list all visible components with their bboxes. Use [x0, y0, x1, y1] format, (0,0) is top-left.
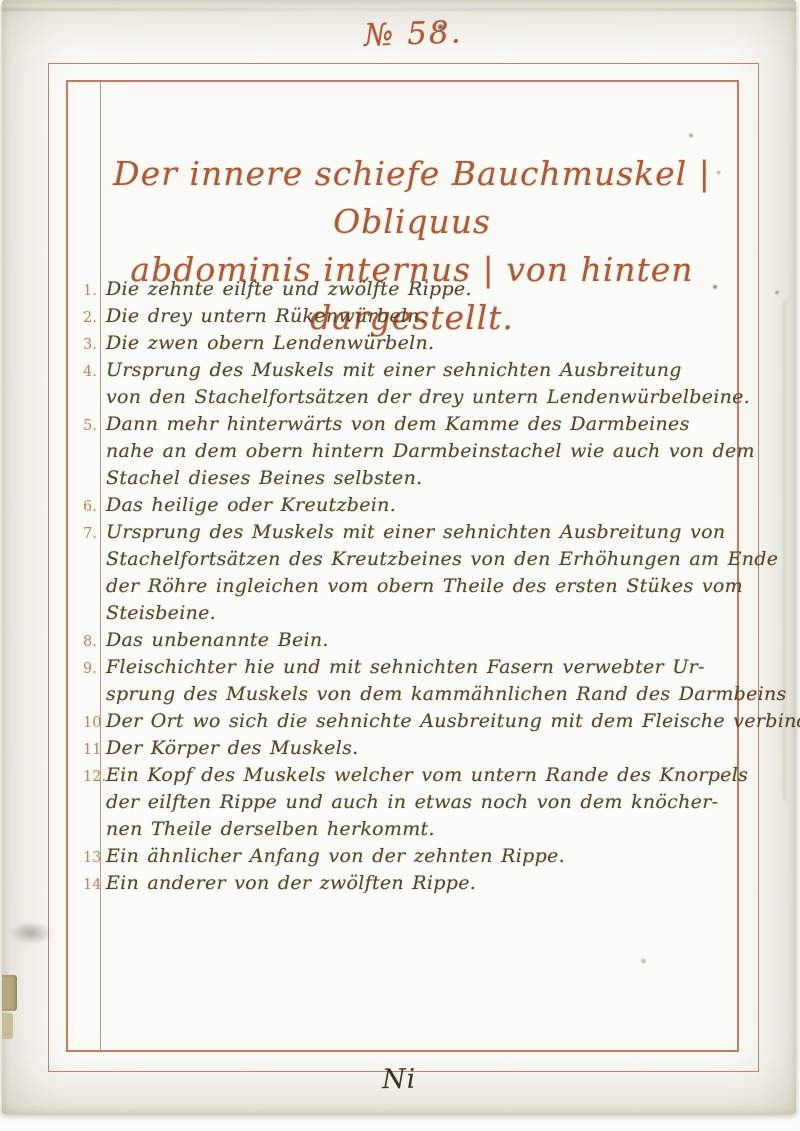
- item-text: Der Körper des Muskels.: [106, 735, 748, 762]
- bottom-ink-mark: Ni: [382, 1064, 417, 1096]
- item-text-line: Fleischichter hie und mit sehnichten Fas…: [106, 654, 748, 681]
- item-text: Die zwen obern Lendenwürbeln.: [106, 330, 748, 357]
- item-number: 3.: [83, 332, 97, 359]
- list-item: 2.Die drey untern Rükenwürbeln.: [106, 303, 748, 330]
- item-text: Ein anderer von der zwölften Rippe.: [106, 870, 748, 897]
- item-text-line: Ursprung des Muskels mit einer sehnichte…: [106, 357, 748, 384]
- item-text-line: Stachelfortsätzen des Kreutzbeines von d…: [106, 546, 748, 573]
- item-text-line: Ein ähnlicher Anfang von der zehnten Rip…: [106, 843, 748, 870]
- list-item: 9.Fleischichter hie und mit sehnichten F…: [106, 654, 748, 708]
- item-text-line: Der Körper des Muskels.: [106, 735, 748, 762]
- item-number: 8.: [83, 629, 97, 656]
- edge-smudge: [10, 922, 52, 944]
- item-text: Ein ähnlicher Anfang von der zehnten Rip…: [106, 843, 748, 870]
- list-item: 11Der Körper des Muskels.: [106, 735, 748, 762]
- item-text-line: Ursprung des Muskels mit einer sehnichte…: [106, 519, 748, 546]
- edge-repair-tab: [2, 1013, 13, 1039]
- item-number: 1.: [83, 278, 97, 305]
- item-number: 7.: [83, 521, 97, 548]
- item-text-line: Steisbeine.: [106, 600, 748, 627]
- item-number: 12.: [83, 764, 106, 791]
- item-text-line: Ein Kopf des Muskels welcher vom untern …: [106, 762, 748, 789]
- item-text-line: der eilften Rippe und auch in etwas noch…: [106, 789, 748, 816]
- item-text-line: Das unbenannte Bein.: [106, 627, 748, 654]
- item-text-line: Die zwen obern Lendenwürbeln.: [106, 330, 748, 357]
- list-item: 4.Ursprung des Muskels mit einer sehnich…: [106, 357, 748, 411]
- list-item: 14Ein anderer von der zwölften Rippe.: [106, 870, 748, 897]
- foxing-spot: [774, 290, 780, 295]
- item-text-line: der Röhre ingleichen vom obern Theile de…: [106, 573, 748, 600]
- item-text: Ursprung des Muskels mit einer sehnichte…: [106, 519, 748, 627]
- item-text: Der Ort wo sich die sehnichte Ausbreitun…: [106, 708, 748, 735]
- item-text-line: Dann mehr hinterwärts von dem Kamme des …: [106, 411, 748, 438]
- item-number: 10: [83, 710, 101, 737]
- item-text-line: Die zehnte eilfte und zwölfte Rippe.: [106, 276, 748, 303]
- item-text: Die zehnte eilfte und zwölfte Rippe.: [106, 276, 748, 303]
- paper-fold-crease: [2, 8, 796, 11]
- item-text: Fleischichter hie und mit sehnichten Fas…: [106, 654, 748, 708]
- item-text: Dann mehr hinterwärts von dem Kamme des …: [106, 411, 748, 492]
- item-number: 4.: [83, 359, 97, 386]
- list-item: 8.Das unbenannte Bein.: [106, 627, 748, 654]
- item-number: 14: [83, 872, 101, 899]
- item-text-line: sprung des Muskels von dem kammähnlichen…: [106, 681, 748, 708]
- item-text: Die drey untern Rükenwürbeln.: [106, 303, 748, 330]
- item-number: 9.: [83, 656, 97, 683]
- item-number: 5.: [83, 413, 97, 440]
- item-text-line: Das heilige oder Kreutzbein.: [106, 492, 748, 519]
- item-number: 6.: [83, 494, 97, 521]
- list-item: 10Der Ort wo sich die sehnichte Ausbreit…: [106, 708, 748, 735]
- item-number: 2.: [83, 305, 97, 332]
- item-text-line: von den Stachelfortsätzen der drey unter…: [106, 384, 748, 411]
- item-text: Das heilige oder Kreutzbein.: [106, 492, 748, 519]
- item-text: Ursprung des Muskels mit einer sehnichte…: [106, 357, 748, 411]
- item-text-line: Der Ort wo sich die sehnichte Ausbreitun…: [106, 708, 748, 735]
- item-number: 11: [83, 737, 101, 764]
- item-number: 13: [83, 845, 101, 872]
- edge-repair-tab: [2, 975, 17, 1011]
- list-item: 5.Dann mehr hinterwärts von dem Kamme de…: [106, 411, 748, 492]
- item-text-line: nahe an dem obern hintern Darmbeinstache…: [106, 438, 748, 465]
- item-text-line: nen Theile derselben herkommt.: [106, 816, 748, 843]
- item-text-line: Die drey untern Rükenwürbeln.: [106, 303, 748, 330]
- paper-sheet: № 58. Der innere schiefe Bauchmuskel | O…: [2, 0, 796, 1114]
- list-item: 12.Ein Kopf des Muskels welcher vom unte…: [106, 762, 748, 843]
- item-text-line: Stachel dieses Beines selbsten.: [106, 465, 748, 492]
- item-text: Das unbenannte Bein.: [106, 627, 748, 654]
- list-item: 13Ein ähnlicher Anfang von der zehnten R…: [106, 843, 748, 870]
- list-item: 1.Die zehnte eilfte und zwölfte Rippe.: [106, 276, 748, 303]
- item-text-line: Ein anderer von der zwölften Rippe.: [106, 870, 748, 897]
- list-item: 6.Das heilige oder Kreutzbein.: [106, 492, 748, 519]
- title-line-1: Der innere schiefe Bauchmuskel | Obliquu…: [82, 150, 742, 246]
- list-item: 3.Die zwen obern Lendenwürbeln.: [106, 330, 748, 357]
- list-item: 7.Ursprung des Muskels mit einer sehnich…: [106, 519, 748, 627]
- item-text: Ein Kopf des Muskels welcher vom untern …: [106, 762, 748, 843]
- manuscript-scan: № 58. Der innere schiefe Bauchmuskel | O…: [0, 0, 800, 1131]
- page-number-label: № 58.: [363, 14, 463, 53]
- numbered-legend-list: 1.Die zehnte eilfte und zwölfte Rippe.2.…: [106, 276, 748, 897]
